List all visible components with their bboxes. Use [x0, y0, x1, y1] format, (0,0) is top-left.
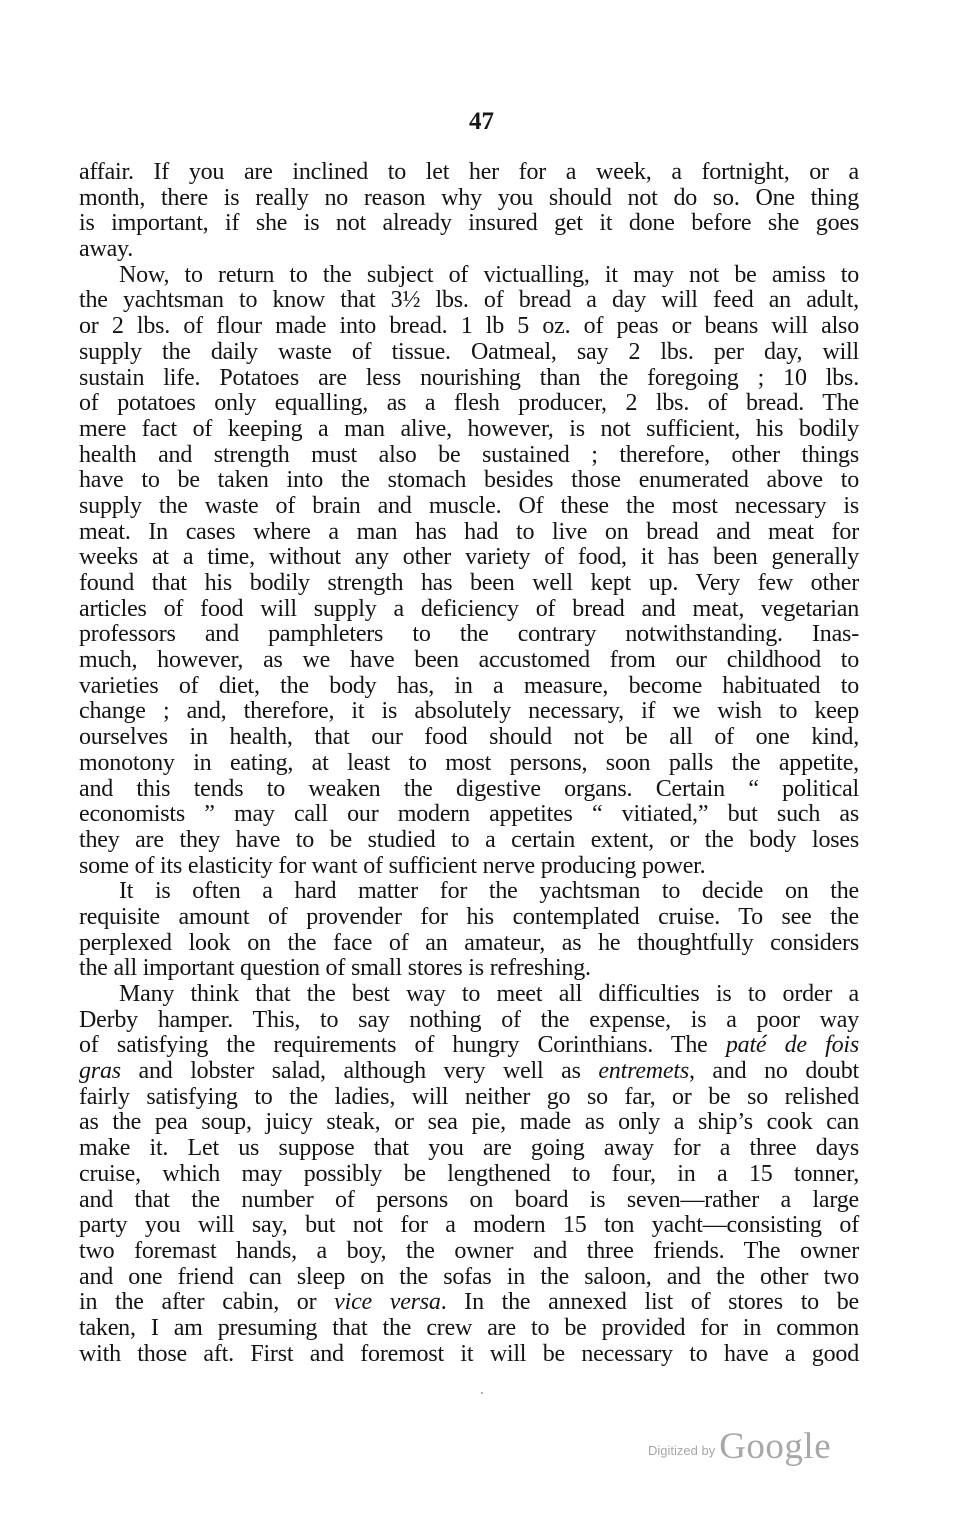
text-line: weeks at a time, without any other varie… — [79, 545, 859, 571]
text-line: supply the daily waste of tissue. Oatmea… — [79, 340, 859, 366]
italic-phrase: paté de fois — [726, 1032, 859, 1058]
scan-artifact — [481, 1392, 483, 1394]
text-line: Many think that the best way to meet all… — [79, 982, 859, 1008]
text-line: requisite amount of provender for his co… — [79, 905, 859, 931]
italic-phrase: gras — [79, 1058, 121, 1084]
page-number: 47 — [0, 108, 963, 136]
text-line: mere fact of keeping a man alive, howeve… — [79, 417, 859, 443]
text-line: health and strength must also be sustain… — [79, 443, 859, 469]
text-line: fairly satisfying to the ladies, will ne… — [79, 1085, 859, 1111]
text-line: affair. If you are inclined to let her f… — [79, 160, 859, 186]
text-line: and that the number of persons on board … — [79, 1188, 859, 1214]
text-line: supply the waste of brain and muscle. Of… — [79, 494, 859, 520]
text-line: the all important question of small stor… — [79, 956, 859, 982]
italic-phrase: entremets — [598, 1058, 689, 1084]
text-line: is important, if she is not already insu… — [79, 211, 859, 237]
text-line: and one friend can sleep on the sofas in… — [79, 1265, 859, 1291]
text-line: and this tends to weaken the digestive o… — [79, 777, 859, 803]
text-line: taken, I am presuming that the crew are … — [79, 1316, 859, 1342]
text-line: articles of food will supply a deficienc… — [79, 597, 859, 623]
text-run: in the after cabin, or — [79, 1289, 334, 1315]
text-line: monotony in eating, at least to most per… — [79, 751, 859, 777]
text-line: much, however, as we have been accustome… — [79, 648, 859, 674]
text-line: meat. In cases where a man has had to li… — [79, 520, 859, 546]
text-line: with those aft. First and foremost it wi… — [79, 1342, 859, 1368]
text-line: Derby hamper. This, to say nothing of th… — [79, 1008, 859, 1034]
text-run: and lobster salad, although very well as — [121, 1058, 598, 1084]
text-line: ourselves in health, that our food shoul… — [79, 725, 859, 751]
text-line: found that his bodily strength has been … — [79, 571, 859, 597]
body-text: affair. If you are inclined to let her f… — [79, 160, 859, 1367]
text-run: , and no doubt — [689, 1058, 859, 1084]
google-logo: Google — [719, 1426, 831, 1467]
italic-phrase: vice versa — [334, 1289, 441, 1315]
text-line: cruise, which may possibly be lengthened… — [79, 1162, 859, 1188]
text-line: or 2 lbs. of flour made into bread. 1 lb… — [79, 314, 859, 340]
text-line: two foremast hands, a boy, the owner and… — [79, 1239, 859, 1265]
text-line: in the after cabin, or vice versa. In th… — [79, 1290, 859, 1316]
text-line: economists ” may call our modern appetit… — [79, 802, 859, 828]
text-line: gras and lobster salad, although very we… — [79, 1059, 859, 1085]
text-run: . In the annexed list of stores to be — [441, 1289, 859, 1315]
text-line: party you will say, but not for a modern… — [79, 1213, 859, 1239]
text-line: sustain life. Potatoes are less nourishi… — [79, 366, 859, 392]
text-line: varieties of diet, the body has, in a me… — [79, 674, 859, 700]
text-line: some of its elasticity for want of suffi… — [79, 854, 859, 880]
text-line: professors and pamphleters to the contra… — [79, 622, 859, 648]
watermark-prefix: Digitized by — [648, 1443, 715, 1458]
text-line: they are they have to be studied to a ce… — [79, 828, 859, 854]
text-run: of satisfying the requirements of hungry… — [79, 1032, 726, 1058]
text-line: perplexed look on the face of an amateur… — [79, 931, 859, 957]
text-line: month, there is really no reason why you… — [79, 186, 859, 212]
digitized-by-google-watermark: Digitized by Google — [648, 1425, 831, 1468]
text-line: away. — [79, 237, 859, 263]
text-line: Now, to return to the subject of victual… — [79, 263, 859, 289]
text-line: of satisfying the requirements of hungry… — [79, 1033, 859, 1059]
text-line: change ; and, therefore, it is absolutel… — [79, 699, 859, 725]
text-line: make it. Let us suppose that you are goi… — [79, 1136, 859, 1162]
text-line: as the pea soup, juicy steak, or sea pie… — [79, 1110, 859, 1136]
text-line: the yachtsman to know that 3½ lbs. of br… — [79, 288, 859, 314]
text-line: have to be taken into the stomach beside… — [79, 468, 859, 494]
text-line: It is often a hard matter for the yachts… — [79, 879, 859, 905]
text-line: of potatoes only equalling, as a flesh p… — [79, 391, 859, 417]
